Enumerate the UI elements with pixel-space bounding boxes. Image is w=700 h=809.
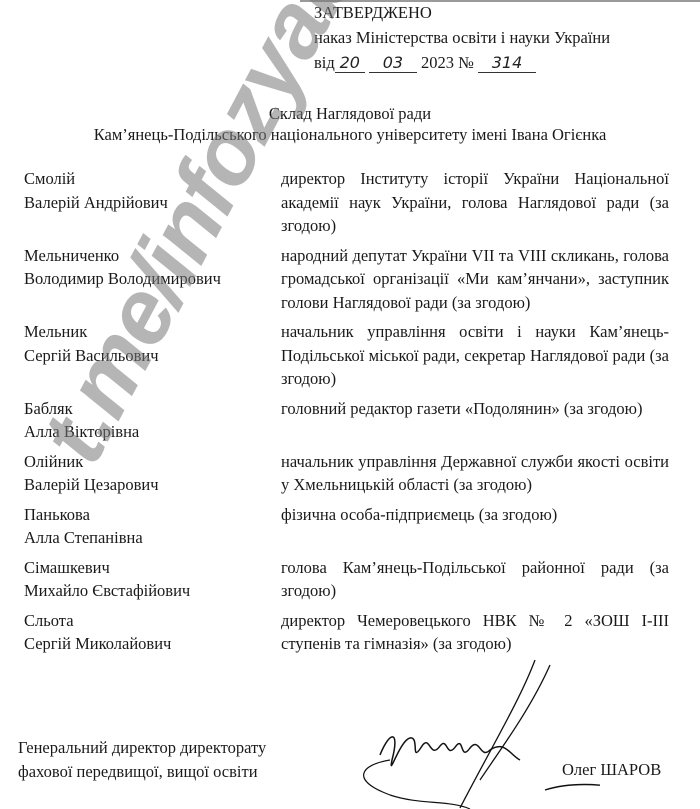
member-surname: Мельник: [24, 320, 281, 344]
member-name: СльотаСергій Миколайович: [24, 609, 281, 656]
member-role: начальник управління освіти і науки Кам’…: [281, 320, 669, 391]
member-role: директор Інституту історії України Націо…: [281, 167, 669, 238]
order-date-line: від20 03 2023 № 314: [314, 50, 610, 75]
order-year: 2023: [421, 53, 454, 72]
member-given-name: Алла Степанівна: [24, 526, 281, 550]
approval-heading: ЗАТВЕРДЖЕНО: [314, 0, 610, 25]
member-role: голова Кам’янець-Подільської районної ра…: [281, 556, 669, 603]
member-role: народний депутат України VII та VIII скл…: [281, 244, 669, 315]
member-surname: Панькова: [24, 503, 281, 527]
order-month: 03: [369, 54, 417, 73]
member-name: ОлійникВалерій Цезарович: [24, 450, 281, 497]
signer-position-line1: Генеральний директор директорату: [18, 736, 266, 760]
member-name: СімашкевичМихайло Євстафійович: [24, 556, 281, 603]
order-number: 314: [478, 54, 536, 73]
number-sign: №: [458, 53, 474, 72]
member-surname: Сімашкевич: [24, 556, 281, 580]
member-surname: Бабляк: [24, 397, 281, 421]
member-role: фізична особа-підприємець (за згодою): [281, 503, 669, 550]
member-surname: Смолій: [24, 167, 281, 191]
members-list: СмолійВалерій Андрійовичдиректор Інститу…: [24, 167, 676, 662]
member-name: ПаньковаАлла Степанівна: [24, 503, 281, 550]
member-row: МельниченкоВолодимир Володимировичнародн…: [24, 244, 676, 315]
date-prefix: від: [314, 53, 335, 72]
doc-title: Склад Наглядової ради: [0, 103, 700, 124]
member-surname: Сльота: [24, 609, 281, 633]
member-given-name: Валерій Цезарович: [24, 473, 281, 497]
member-given-name: Володимир Володимирович: [24, 267, 281, 291]
member-surname: Мельниченко: [24, 244, 281, 268]
signer-position: Генеральний директор директорату фахової…: [18, 736, 266, 784]
member-given-name: Сергій Миколайович: [24, 632, 281, 656]
member-given-name: Михайло Євстафійович: [24, 579, 281, 603]
member-given-name: Алла Вікторівна: [24, 420, 281, 444]
member-surname: Олійник: [24, 450, 281, 474]
signer-name: Олег ШАРОВ: [562, 760, 661, 780]
member-name: СмолійВалерій Андрійович: [24, 167, 281, 238]
member-role: директор Чемеровецького НВК № 2 «ЗОШ І-І…: [281, 609, 669, 656]
member-row: ОлійникВалерій Цезаровичначальник управл…: [24, 450, 676, 497]
member-name: МельниченкоВолодимир Володимирович: [24, 244, 281, 315]
member-row: МельникСергій Васильовичначальник управл…: [24, 320, 676, 391]
member-row: СімашкевичМихайло Євстафійовичголова Кам…: [24, 556, 676, 603]
signer-position-line2: фахової передвищої, вищої освіти: [18, 760, 266, 784]
doc-subtitle: Кам’янець-Подільського національного уні…: [0, 124, 700, 145]
member-role: начальник управління Державної служби як…: [281, 450, 669, 497]
member-name: МельникСергій Васильович: [24, 320, 281, 391]
member-row: СмолійВалерій Андрійовичдиректор Інститу…: [24, 167, 676, 238]
order-day: 20: [335, 54, 365, 73]
member-given-name: Валерій Андрійович: [24, 191, 281, 215]
member-given-name: Сергій Васильович: [24, 344, 281, 368]
member-role: головний редактор газети «Подолянин» (за…: [281, 397, 669, 444]
member-row: БаблякАлла Вікторівнаголовний редактор г…: [24, 397, 676, 444]
member-row: ПаньковаАлла Степанівнафізична особа-під…: [24, 503, 676, 550]
member-row: СльотаСергій Миколайовичдиректор Чемеров…: [24, 609, 676, 656]
order-line: наказ Міністерства освіти і науки Україн…: [314, 25, 610, 50]
member-name: БаблякАлла Вікторівна: [24, 397, 281, 444]
handwritten-signature-icon: [330, 660, 600, 809]
approval-block: ЗАТВЕРДЖЕНО наказ Міністерства освіти і …: [314, 0, 610, 75]
